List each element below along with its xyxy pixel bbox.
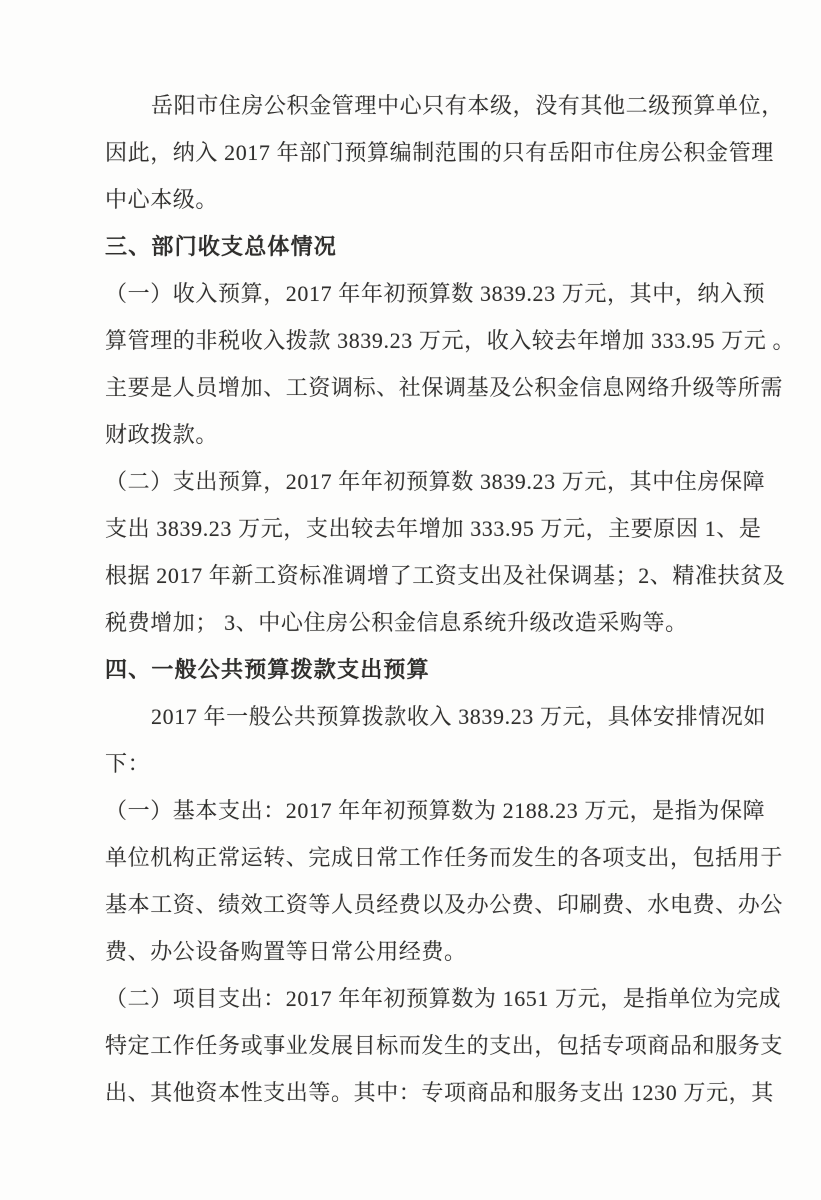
document-line: 岳阳市住房公积金管理中心只有本级，没有其他二级预算单位， [105,82,725,129]
document-line: 中心本级。 [105,176,725,223]
document-line: 费、办公设备购置等日常公用经费。 [105,928,725,975]
section-heading: 四、一般公共预算拨款支出预算 [105,646,725,693]
document-line: （二）项目支出：2017 年年初预算数为 1651 万元，是指单位为完成 [105,975,725,1022]
document-page: 岳阳市住房公积金管理中心只有本级，没有其他二级预算单位，因此，纳入 2017 年… [0,0,821,1200]
document-line: （二）支出预算，2017 年年初预算数 3839.23 万元，其中住房保障 [105,458,725,505]
document-line: 基本工资、绩效工资等人员经费以及办公费、印刷费、水电费、办公 [105,881,725,928]
section-heading: 三、部门收支总体情况 [105,223,725,270]
document-body: 岳阳市住房公积金管理中心只有本级，没有其他二级预算单位，因此，纳入 2017 年… [105,82,725,1116]
document-line: 支出 3839.23 万元，支出较去年增加 333.95 万元，主要原因 1、是 [105,505,725,552]
document-line: 因此，纳入 2017 年部门预算编制范围的只有岳阳市住房公积金管理 [105,129,725,176]
document-line: 出、其他资本性支出等。其中：专项商品和服务支出 1230 万元，其 [105,1069,725,1116]
document-line: 特定工作任务或事业发展目标而发生的支出，包括专项商品和服务支 [105,1022,725,1069]
document-line: 下： [105,740,725,787]
document-line: 单位机构正常运转、完成日常工作任务而发生的各项支出，包括用于 [105,834,725,881]
document-line: （一）基本支出：2017 年年初预算数为 2188.23 万元，是指为保障 [105,787,725,834]
document-line: 根据 2017 年新工资标准调增了工资支出及社保调基；2、精准扶贫及 [105,552,725,599]
document-line: （一）收入预算，2017 年年初预算数 3839.23 万元，其中，纳入预 [105,270,725,317]
document-line: 主要是人员增加、工资调标、社保调基及公积金信息网络升级等所需 [105,364,725,411]
document-line: 算管理的非税收入拨款 3839.23 万元，收入较去年增加 333.95 万元 … [105,317,725,364]
document-line: 2017 年一般公共预算拨款收入 3839.23 万元，具体安排情况如 [105,693,725,740]
document-line: 税费增加； 3、中心住房公积金信息系统升级改造采购等。 [105,599,725,646]
document-line: 财政拨款。 [105,411,725,458]
